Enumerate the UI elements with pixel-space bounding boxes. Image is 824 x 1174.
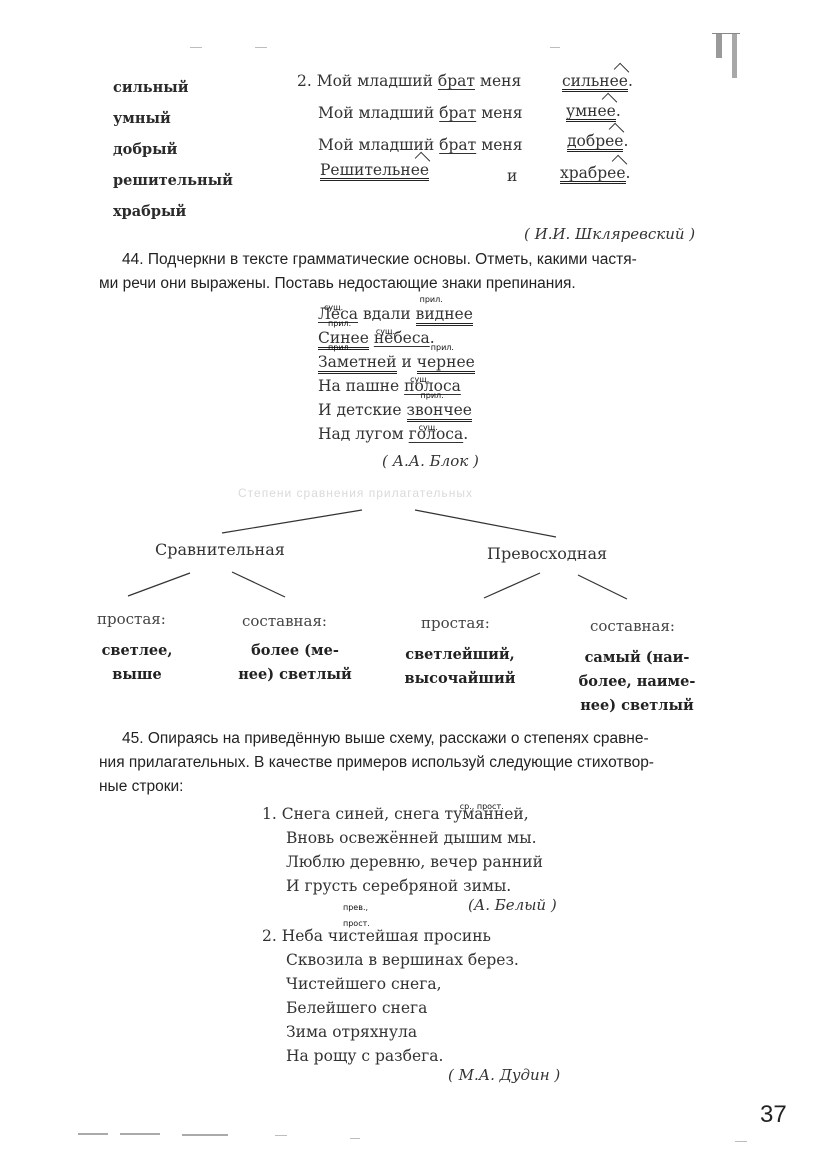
poem-line: И грусть серебряной зимы. — [262, 874, 543, 898]
scan-artifact — [735, 1141, 747, 1142]
scheme-example: более (ме- нее) светлый — [230, 639, 360, 687]
author: ( М.А. Дудин ) — [448, 1066, 560, 1084]
scan-artifact — [350, 1138, 360, 1139]
scheme-sub-label: простая: — [97, 610, 166, 628]
task-text: 45. Опираясь на приведённую выше схему, … — [122, 728, 649, 750]
scheme-example: светлее, выше — [92, 639, 182, 687]
scan-artifact — [78, 1133, 108, 1135]
scheme-branch-comparative: Сравнительная — [155, 540, 285, 559]
poem-line: Люблю деревню, вечер ранний — [262, 850, 543, 874]
scan-artifact — [182, 1134, 228, 1136]
poem-line: Чистейшего снега, — [262, 972, 519, 996]
poem-line: На рощу с разбега. — [262, 1044, 519, 1068]
task-text: ные строки: — [99, 776, 183, 798]
poem-dudin: 2. Неба чистейшая просинь Сквозила в вер… — [262, 924, 519, 1068]
poem-line: Белейшего снега — [262, 996, 519, 1020]
scheme-example: самый (наи- более, наиме- нее) светлый — [572, 646, 702, 718]
poem-line: 1. ср., прост.Снега синей, снега туманне… — [262, 802, 543, 826]
poem-line: 2. Неба чистейшая просинь — [262, 924, 519, 948]
task-text: ния прилагательных. В качестве примеров … — [99, 752, 654, 774]
scheme-lines — [0, 0, 824, 620]
author: (А. Белый ) — [468, 896, 557, 914]
poem-line: Сквозила в вершинах берез. — [262, 948, 519, 972]
scheme-sub-label: простая: — [421, 614, 490, 632]
scheme-branch-superlative: Превосходная — [487, 544, 607, 563]
poem-line: Зима отряхнула — [262, 1020, 519, 1044]
poem-line: Вновь освежённей дышим мы. — [262, 826, 543, 850]
scheme-sub-label: составная: — [242, 612, 327, 630]
poem-bely: 1. ср., прост.Снега синей, снега туманне… — [262, 802, 543, 898]
page-number: 37 — [760, 1101, 787, 1129]
scheme-example: светлейший, высочайший — [395, 643, 525, 691]
annotation: прев., — [343, 903, 368, 912]
scan-artifact — [275, 1135, 287, 1136]
scan-artifact — [120, 1133, 160, 1135]
scheme-sub-label: составная: — [590, 617, 675, 635]
